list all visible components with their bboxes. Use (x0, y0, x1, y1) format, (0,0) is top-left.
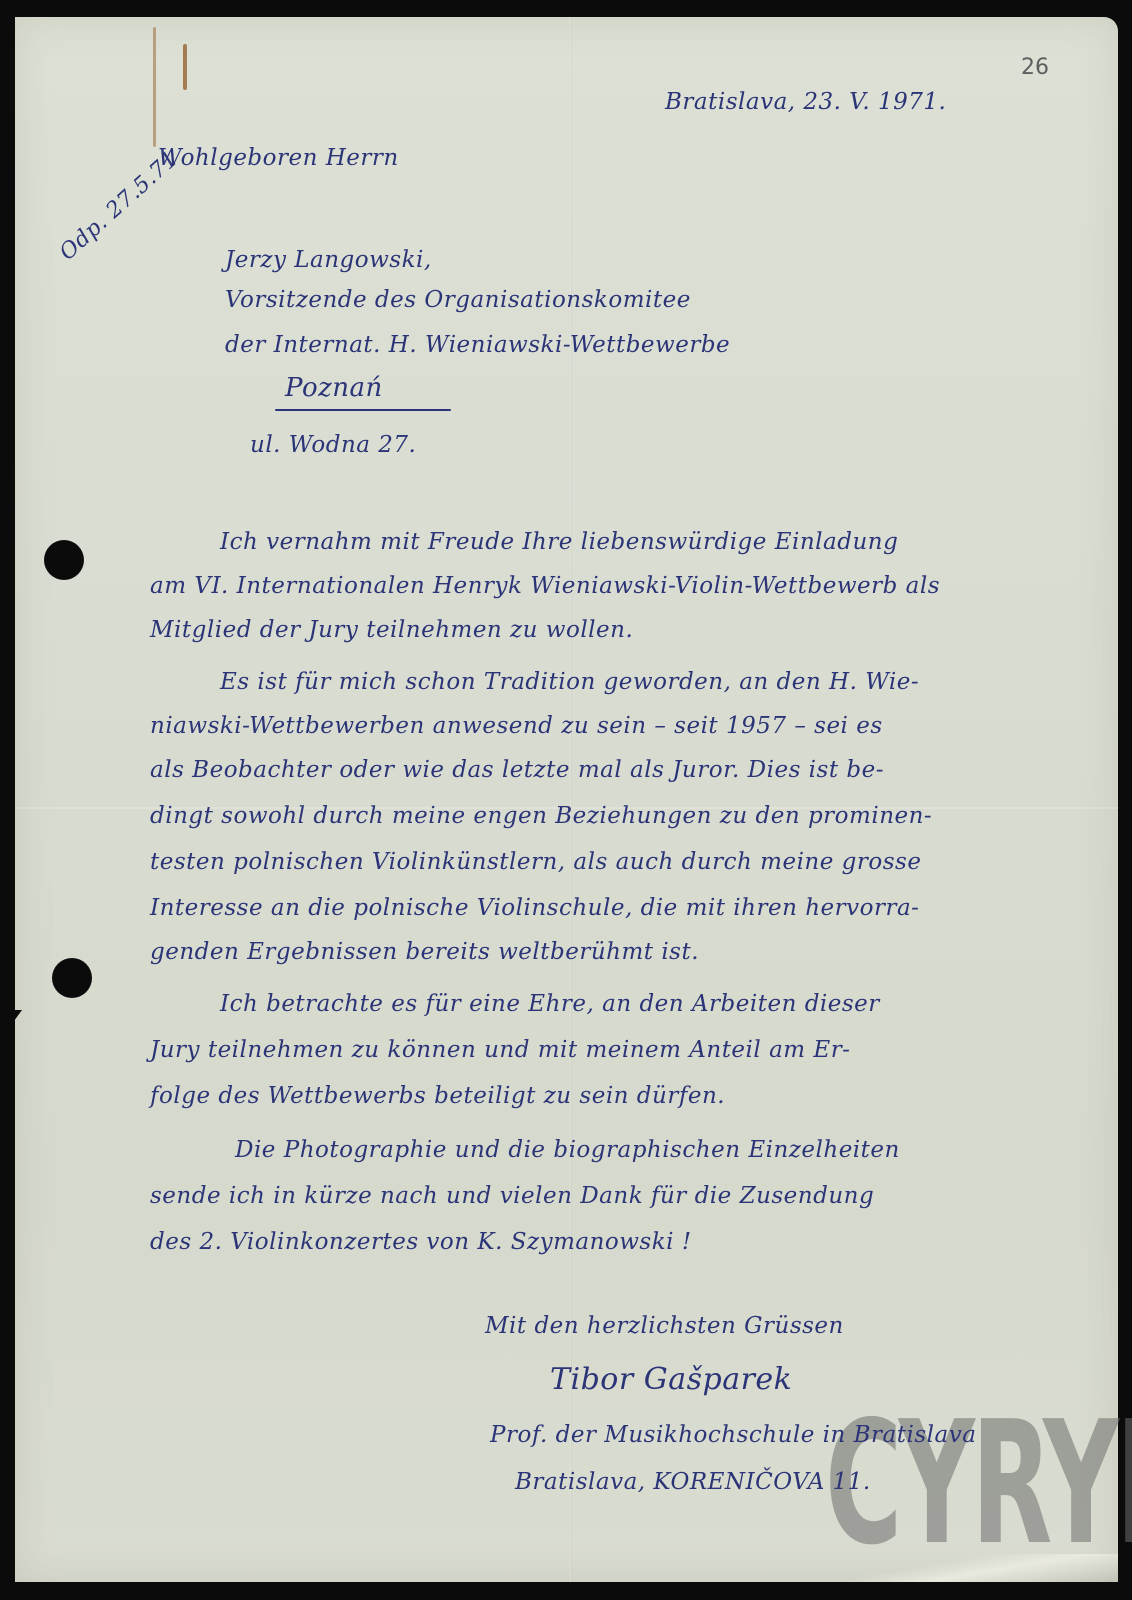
punch-hole (44, 540, 84, 580)
body-line: Jury teilnehmen zu können und mit meinem… (150, 1037, 850, 1063)
rust-stain (153, 27, 156, 147)
letter-page: 26 Bratislava, 23. V. 1971. Odp. 27.5.71… (15, 17, 1118, 1582)
body-line: Interesse an die polnische Violinschule,… (150, 895, 919, 921)
body-line: niawski-Wettbewerben anwesend zu sein – … (150, 713, 883, 739)
vertical-fold-crease (570, 17, 572, 1582)
body-line: dingt sowohl durch meine engen Beziehung… (150, 803, 932, 829)
body-line: Mitglied der Jury teilnehmen zu wollen. (150, 617, 633, 643)
punch-hole (52, 958, 92, 998)
body-line: als Beobachter oder wie das letzte mal a… (150, 757, 884, 783)
body-line: genden Ergebnissen bereits weltberühmt i… (150, 939, 699, 965)
address-line-1: Vorsitzende des Organisationskomitee (225, 287, 691, 313)
body-line: testen polnischen Violinkünstlern, als a… (150, 849, 921, 875)
page-number: 26 (1021, 55, 1049, 80)
body-line: des 2. Violinkonzertes von K. Szymanowsk… (150, 1229, 692, 1255)
body-line: am VI. Internationalen Henryk Wieniawski… (150, 573, 940, 599)
body-line: Ich vernahm mit Freude Ihre liebenswürdi… (220, 529, 898, 555)
salutation: Wohlgeboren Herrn (158, 145, 399, 171)
signer-title: Prof. der Musikhochschule in Bratislava (490, 1422, 976, 1448)
body-line: sende ich in kürze nach und vielen Dank … (150, 1183, 874, 1209)
signer-address: Bratislava, KORENIČOVA 11. (515, 1469, 871, 1495)
recipient-name: Jerzy Langowski, (225, 247, 432, 273)
body-line: folge des Wettbewerbs beteiligt zu sein … (150, 1083, 725, 1109)
address-line-2: der Internat. H. Wieniawski-Wettbewerbe (225, 332, 730, 358)
rust-stain (183, 44, 187, 90)
address-city: Poznań (285, 373, 383, 403)
body-line: Ich betrachte es für eine Ehre, an den A… (220, 991, 880, 1017)
signature: Tibor Gašparek (550, 1362, 792, 1397)
city-underline (275, 409, 451, 411)
closing-greeting: Mit den herzlichsten Grüssen (485, 1313, 844, 1339)
body-line: Die Photographie und die biographischen … (235, 1137, 900, 1163)
place-date: Bratislava, 23. V. 1971. (665, 89, 946, 115)
body-line: Es ist für mich schon Tradition geworden… (220, 669, 919, 695)
address-street: ul. Wodna 27. (250, 432, 416, 458)
